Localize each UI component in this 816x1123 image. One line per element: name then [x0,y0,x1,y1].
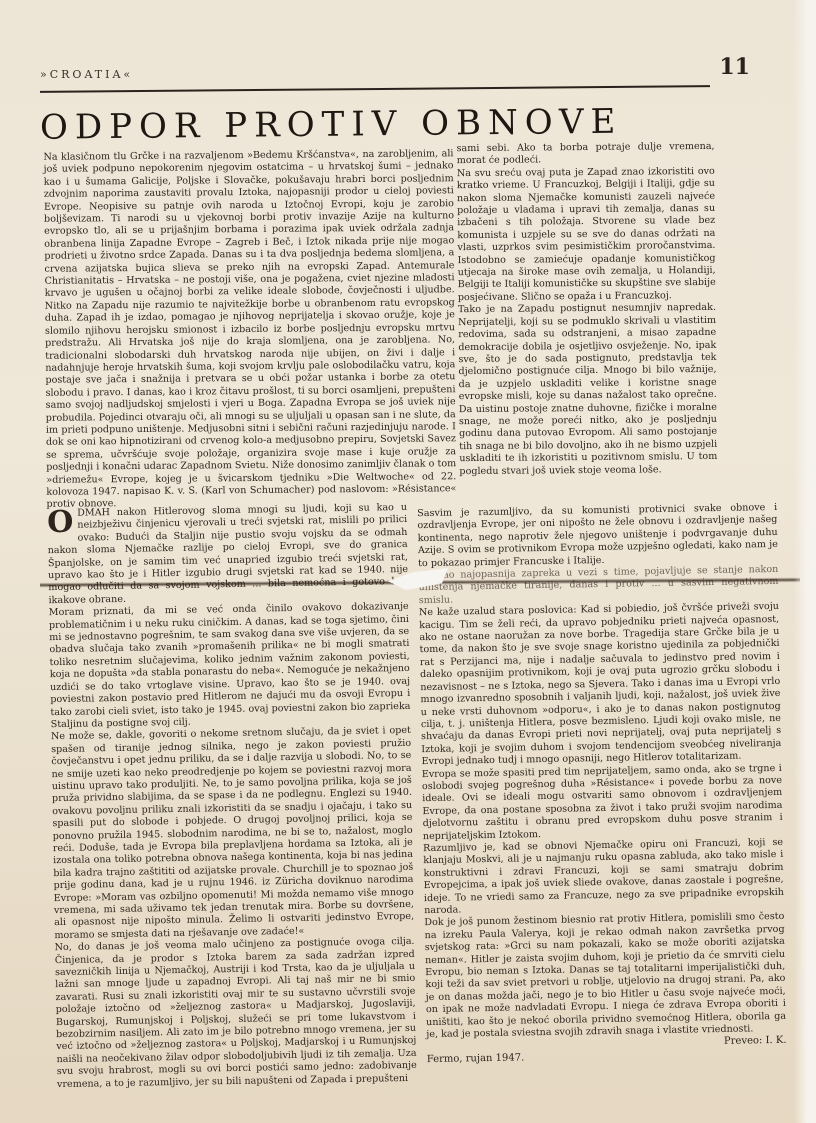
article-right-column: Sasvim je razumljivo, da su komunisti pr… [417,502,787,1066]
paragraph: Sasvim je razumljivo, da su komunisti pr… [417,502,778,570]
paragraph: Ne može se, dakle, govoriti o nekome sre… [51,725,415,942]
article-left-column: ODMAH nakon Hitlerovog sloma mnogi su lj… [47,502,417,1091]
paragraph: Evropa se može spasiti pred tim neprijat… [422,762,783,843]
publication-name: »CROATIA« [40,68,133,81]
paragraph: Na svu sreću ovaj puta je Zapad znao izk… [457,166,716,305]
page-number: 11 [719,54,750,80]
drop-cap: O [47,510,74,536]
intro-paragraph: Na klasičnom tlu Grčke i na razvaljenom … [43,148,456,511]
page-header: »CROATIA« 11 [40,54,750,90]
header-rule [40,85,710,93]
paragraph: Ali kao najopasnija zapreka u vezi s tim… [418,564,779,607]
intro-paragraph-block: Na klasičnom tlu Grčke i na razvaljenom … [43,148,456,511]
paragraph: sami sebi. Ako ta borba potraje dulje vr… [457,141,715,168]
paragraph: No, do danas je još veoma malo učinjeno … [55,936,418,1091]
paragraph: ODMAH nakon Hitlerovog sloma mnogi su lj… [47,502,409,608]
newspaper-page: »CROATIA« 11 ODPOR PROTIV OBNOVE Na klas… [0,0,816,1123]
paragraph: Dok je još punom žestinom biesnio rat pr… [424,911,786,1041]
right-top-column: sami sebi. Ako ta borba potraje dulje vr… [457,141,718,478]
paragraph: Moram priznati, da mi se već onda činilo… [49,601,411,731]
paragraph: Razumljivo je, kad se obnovi Njemačke op… [423,837,784,918]
paragraph: Tako je na Zapadu postignut nesumnjiv na… [458,302,718,478]
paragraph: Ne kaže uzalud stara poslovica: Kad si p… [419,601,782,769]
